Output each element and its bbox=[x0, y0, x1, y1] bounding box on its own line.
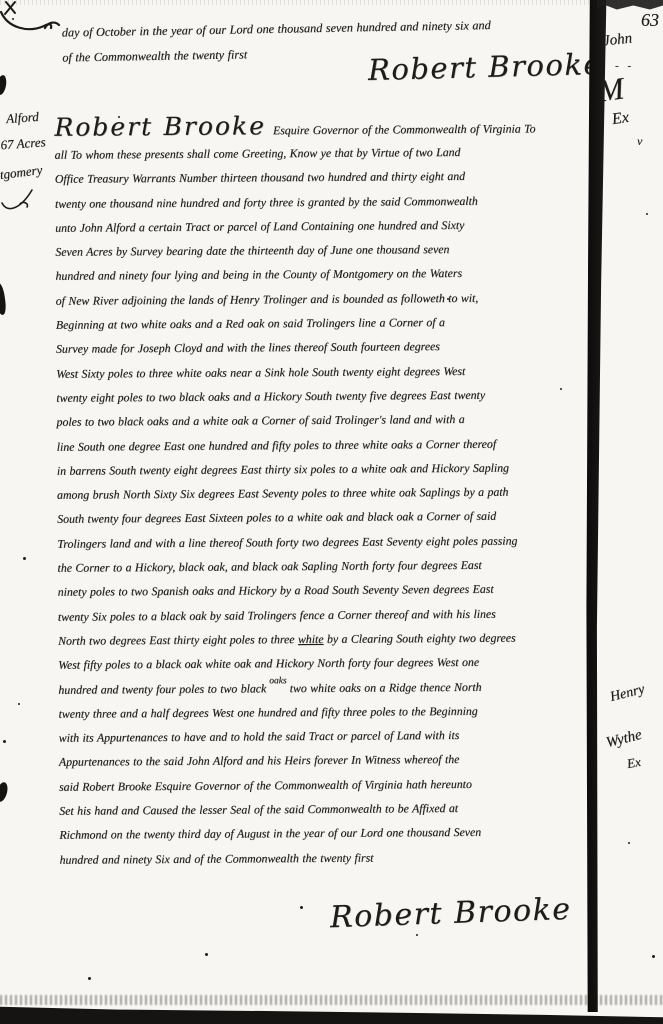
facing-page-fragment: Henry bbox=[609, 682, 647, 706]
ink-speck bbox=[88, 977, 91, 980]
deed-text-line: of New River adjoining the lands of Henr… bbox=[56, 285, 568, 313]
margin-flourish-mark bbox=[0, 188, 38, 214]
deed-text-line: Richmond on the twenty third day of Augu… bbox=[59, 820, 571, 848]
inserted-word-above-line: oaks bbox=[269, 676, 286, 686]
deed-text-line: West Sixty poles to three white oaks nea… bbox=[56, 358, 568, 386]
deed-text-line: poles to two black oaks and a white oak … bbox=[56, 406, 568, 434]
scanned-deed-page: day of October in the year of our Lord o… bbox=[0, 0, 663, 1024]
ink-speck bbox=[18, 703, 20, 705]
deed-text-line: among brush North Sixty Six degrees East… bbox=[57, 479, 569, 507]
margin-acreage: 167 Acres bbox=[0, 134, 46, 154]
deed-text-line: ninety poles to two Spanish oaks and Hic… bbox=[58, 577, 570, 605]
deed-text-line: line South one degree East one hundred a… bbox=[57, 431, 569, 459]
page-gutter-shadow bbox=[586, 0, 607, 1012]
grantor-name: Robert Brooke bbox=[54, 111, 266, 141]
deed-text-line: South twenty four degrees East Sixteen p… bbox=[57, 504, 569, 532]
ink-speck bbox=[23, 557, 26, 560]
deed-text-line: said Robert Brooke Esquire Governor of t… bbox=[59, 771, 571, 799]
facing-page-fragment: Ex bbox=[626, 754, 642, 772]
deed-text-line: all To whom these presents shall come Gr… bbox=[55, 139, 567, 167]
ink-speck bbox=[12, 18, 14, 20]
deed-text-line: in barrens South twenty eight degrees Ea… bbox=[57, 455, 569, 483]
deed-text: hundred and twenty four poles to two bla… bbox=[58, 681, 266, 696]
ink-speck bbox=[646, 213, 648, 215]
deed-text-line: twenty one thousand nine hundred and for… bbox=[55, 188, 567, 216]
ink-speck bbox=[416, 934, 418, 936]
deed-text-line: West fifty poles to a black oak white oa… bbox=[58, 649, 570, 677]
governor-signature: Robert Brooke bbox=[368, 47, 603, 87]
ink-blob bbox=[0, 781, 9, 803]
ink-blob bbox=[0, 283, 7, 316]
facing-page-fragment: Ex bbox=[611, 109, 630, 129]
ink-blob bbox=[0, 74, 8, 95]
deed-text-line: Seven Acres by Survey bearing date the t… bbox=[55, 236, 567, 264]
scan-bottom-fringe bbox=[0, 995, 663, 1005]
scan-edge-artifact bbox=[597, 0, 663, 10]
ink-speck bbox=[3, 740, 6, 743]
facing-page-fragment: v bbox=[637, 134, 642, 149]
ink-speck bbox=[628, 842, 630, 844]
facing-page-fragment: M bbox=[596, 70, 627, 109]
deed-text-line: the Corner to a Hickory, black oak, and … bbox=[57, 552, 569, 580]
land-grant-text: Robert BrookeEsquire Governor of the Com… bbox=[54, 109, 571, 871]
deed-text-line: Survey made for Joseph Cloyd and with th… bbox=[56, 334, 568, 362]
deed-text-line: hundred and ninety four lying and being … bbox=[55, 261, 567, 289]
margin-county: Montgomery bbox=[0, 162, 43, 186]
ink-speck bbox=[447, 298, 449, 300]
deed-text-line: Beginning at two white oaks and a Red oa… bbox=[56, 309, 568, 337]
deed-text-line: twenty three and a half degrees West one… bbox=[58, 698, 570, 726]
ink-speck bbox=[560, 388, 562, 390]
facing-page-number: 63 bbox=[641, 10, 659, 31]
governor-signature: Robert Brooke bbox=[329, 892, 572, 935]
pen-flourish-mark bbox=[0, 0, 62, 38]
ink-speck bbox=[118, 116, 120, 118]
deed-text-line-with-insertion: hundred and twenty four poles to two bla… bbox=[58, 674, 570, 702]
deed-text-line: unto John Alford a certain Tract or parc… bbox=[55, 212, 567, 240]
deed-text: by a Clearing South eighty two degrees bbox=[323, 631, 515, 646]
deed-text-line: with its Appurtenances to have and to ho… bbox=[59, 722, 571, 750]
ink-speck bbox=[652, 955, 655, 958]
deed-text-line: hundred and ninety Six and of the Common… bbox=[59, 844, 571, 872]
facing-page-fragment: Wythe bbox=[604, 727, 643, 752]
ink-speck bbox=[205, 953, 208, 956]
margin-grantee-name: Alford bbox=[5, 109, 39, 127]
underlined-word: white bbox=[298, 632, 324, 646]
deed-text-line: Trolingers land and with a line thereof … bbox=[57, 528, 569, 556]
facing-page-fragment: John bbox=[602, 31, 633, 51]
deed-text-line: twenty eight poles to two black oaks and… bbox=[56, 382, 568, 410]
deed-text: two white oaks on a Ridge thence North bbox=[290, 679, 482, 694]
deed-text-line: Appurtenances to the said John Alford an… bbox=[59, 747, 571, 775]
deed-text: Esquire Governor of the Commonwealth of … bbox=[273, 121, 536, 137]
deed-text-line: Office Treasury Warrants Number thirteen… bbox=[55, 164, 567, 192]
deed-text-line-with-underline: North two degrees East thirty eight pole… bbox=[58, 625, 570, 653]
deed-text: North two degrees East thirty eight pole… bbox=[58, 632, 298, 648]
deed-text-line: twenty Six poles to a black oak by said … bbox=[58, 601, 570, 629]
ink-speck bbox=[300, 906, 303, 909]
deed-opening-line: Robert BrookeEsquire Governor of the Com… bbox=[54, 109, 566, 143]
deed-text-line: Set his hand and Caused the lesser Seal … bbox=[59, 795, 571, 823]
